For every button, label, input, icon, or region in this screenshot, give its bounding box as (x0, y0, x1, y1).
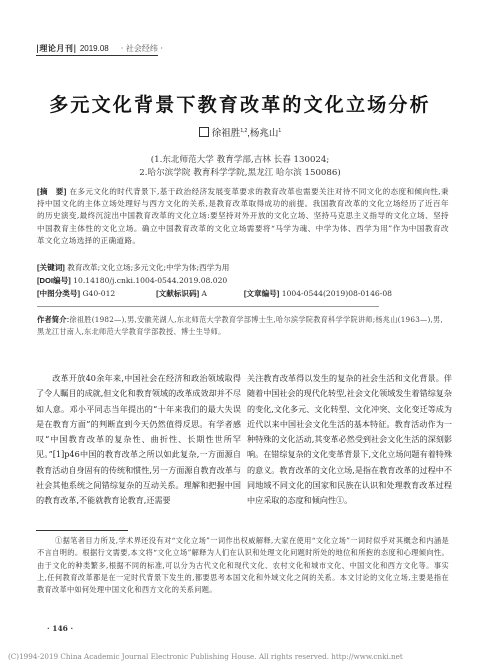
keywords-label: [关键词] (37, 263, 65, 272)
article-no-label: [文章编号] (244, 289, 279, 298)
abstract-label: [摘 要] (37, 187, 67, 196)
issue-number: 2019.08 (80, 44, 109, 53)
doc-code-label: [文献标识码] (156, 289, 199, 298)
page-number: · 146 · (47, 624, 73, 633)
clc-label: [中图分类号] (37, 289, 80, 298)
paper-title: 多元文化背景下教育改革的文化立场分析 (0, 90, 480, 117)
author-2-affil: 1 (278, 128, 281, 134)
doc-code-value: A (202, 289, 207, 298)
keywords-text: 教育改革;文化立场;多元文化;中学为体;西学为用 (67, 263, 229, 272)
article-no-value: 1004-0544(2019)08-0146-08 (282, 289, 392, 298)
footnote: ①据笔者目力所及,学术界还没有对“文化立场”一词作出权威解释,大家在使用“文化立… (37, 535, 449, 596)
abstract: [摘 要] 在多元文化的时代背景下,基于政治经济发展变革要求的教育改革也需要关注… (37, 186, 449, 247)
body-column-left: 改革开放40余年来,中国社会在经济和政治领域取得了令人瞩目的成就,但文化和教育领… (36, 371, 241, 509)
bio-label: 作者简介: (37, 315, 69, 324)
doi-value: 10.14180/j.cnki.1004-0544.2019.08.020 (73, 276, 227, 285)
author-1: 徐祖胜 (212, 128, 241, 139)
journal-name: |理论月刊| (36, 43, 77, 53)
section-divider (37, 306, 379, 307)
author-line: 徐祖胜1,2,杨兆山1 (0, 125, 480, 139)
running-header: |理论月刊|2019.08· 社会经纬 · (36, 43, 158, 56)
keywords: [关键词] 教育改革;文化立场;多元文化;中学为体;西学为用 (37, 262, 449, 273)
clc-value: G40-012 (82, 289, 115, 298)
classification-line: [中图分类号] G40-012 [文献标识码] A [文章编号] 1004-05… (37, 288, 449, 299)
doi: [DOI编号] 10.14180/j.cnki.1004-0544.2019.0… (37, 275, 449, 286)
copyright-notice: (C)1994-2019 China Academic Journal Elec… (8, 652, 478, 661)
affiliation-1: (1.东北师范大学 教育学部,吉林 长春 130024; (0, 154, 480, 167)
affiliation-2: 2.哈尔滨学院 教育科学学院,黑龙江 哈尔滨 150086) (0, 167, 480, 180)
body-column-right: 关注教育改革得以发生的复杂的社会生活和文化背景。伴随着中国社会的现代化转型,社会… (247, 371, 452, 509)
section-name: · 社会经纬 · (121, 44, 163, 53)
footnote-divider (36, 530, 128, 531)
doi-label: [DOI编号] (37, 276, 71, 285)
author-2: 杨兆山 (250, 128, 279, 139)
affiliations: (1.东北师范大学 教育学部,吉林 长春 130024; 2.哈尔滨学院 教育科… (0, 154, 480, 180)
abstract-text: 在多元文化的时代背景下,基于政治经济发展变革要求的教育改革也需要关注对待不同文化… (37, 187, 449, 245)
checkbox-square-icon (199, 127, 209, 137)
author-bio: 作者简介:徐祖胜(1982—),男,安徽芜湖人,东北师范大学教育学部博士生,哈尔… (37, 314, 449, 338)
bio-text: 徐祖胜(1982—),男,安徽芜湖人,东北师范大学教育学部博士生,哈尔滨学院教育… (37, 315, 443, 336)
